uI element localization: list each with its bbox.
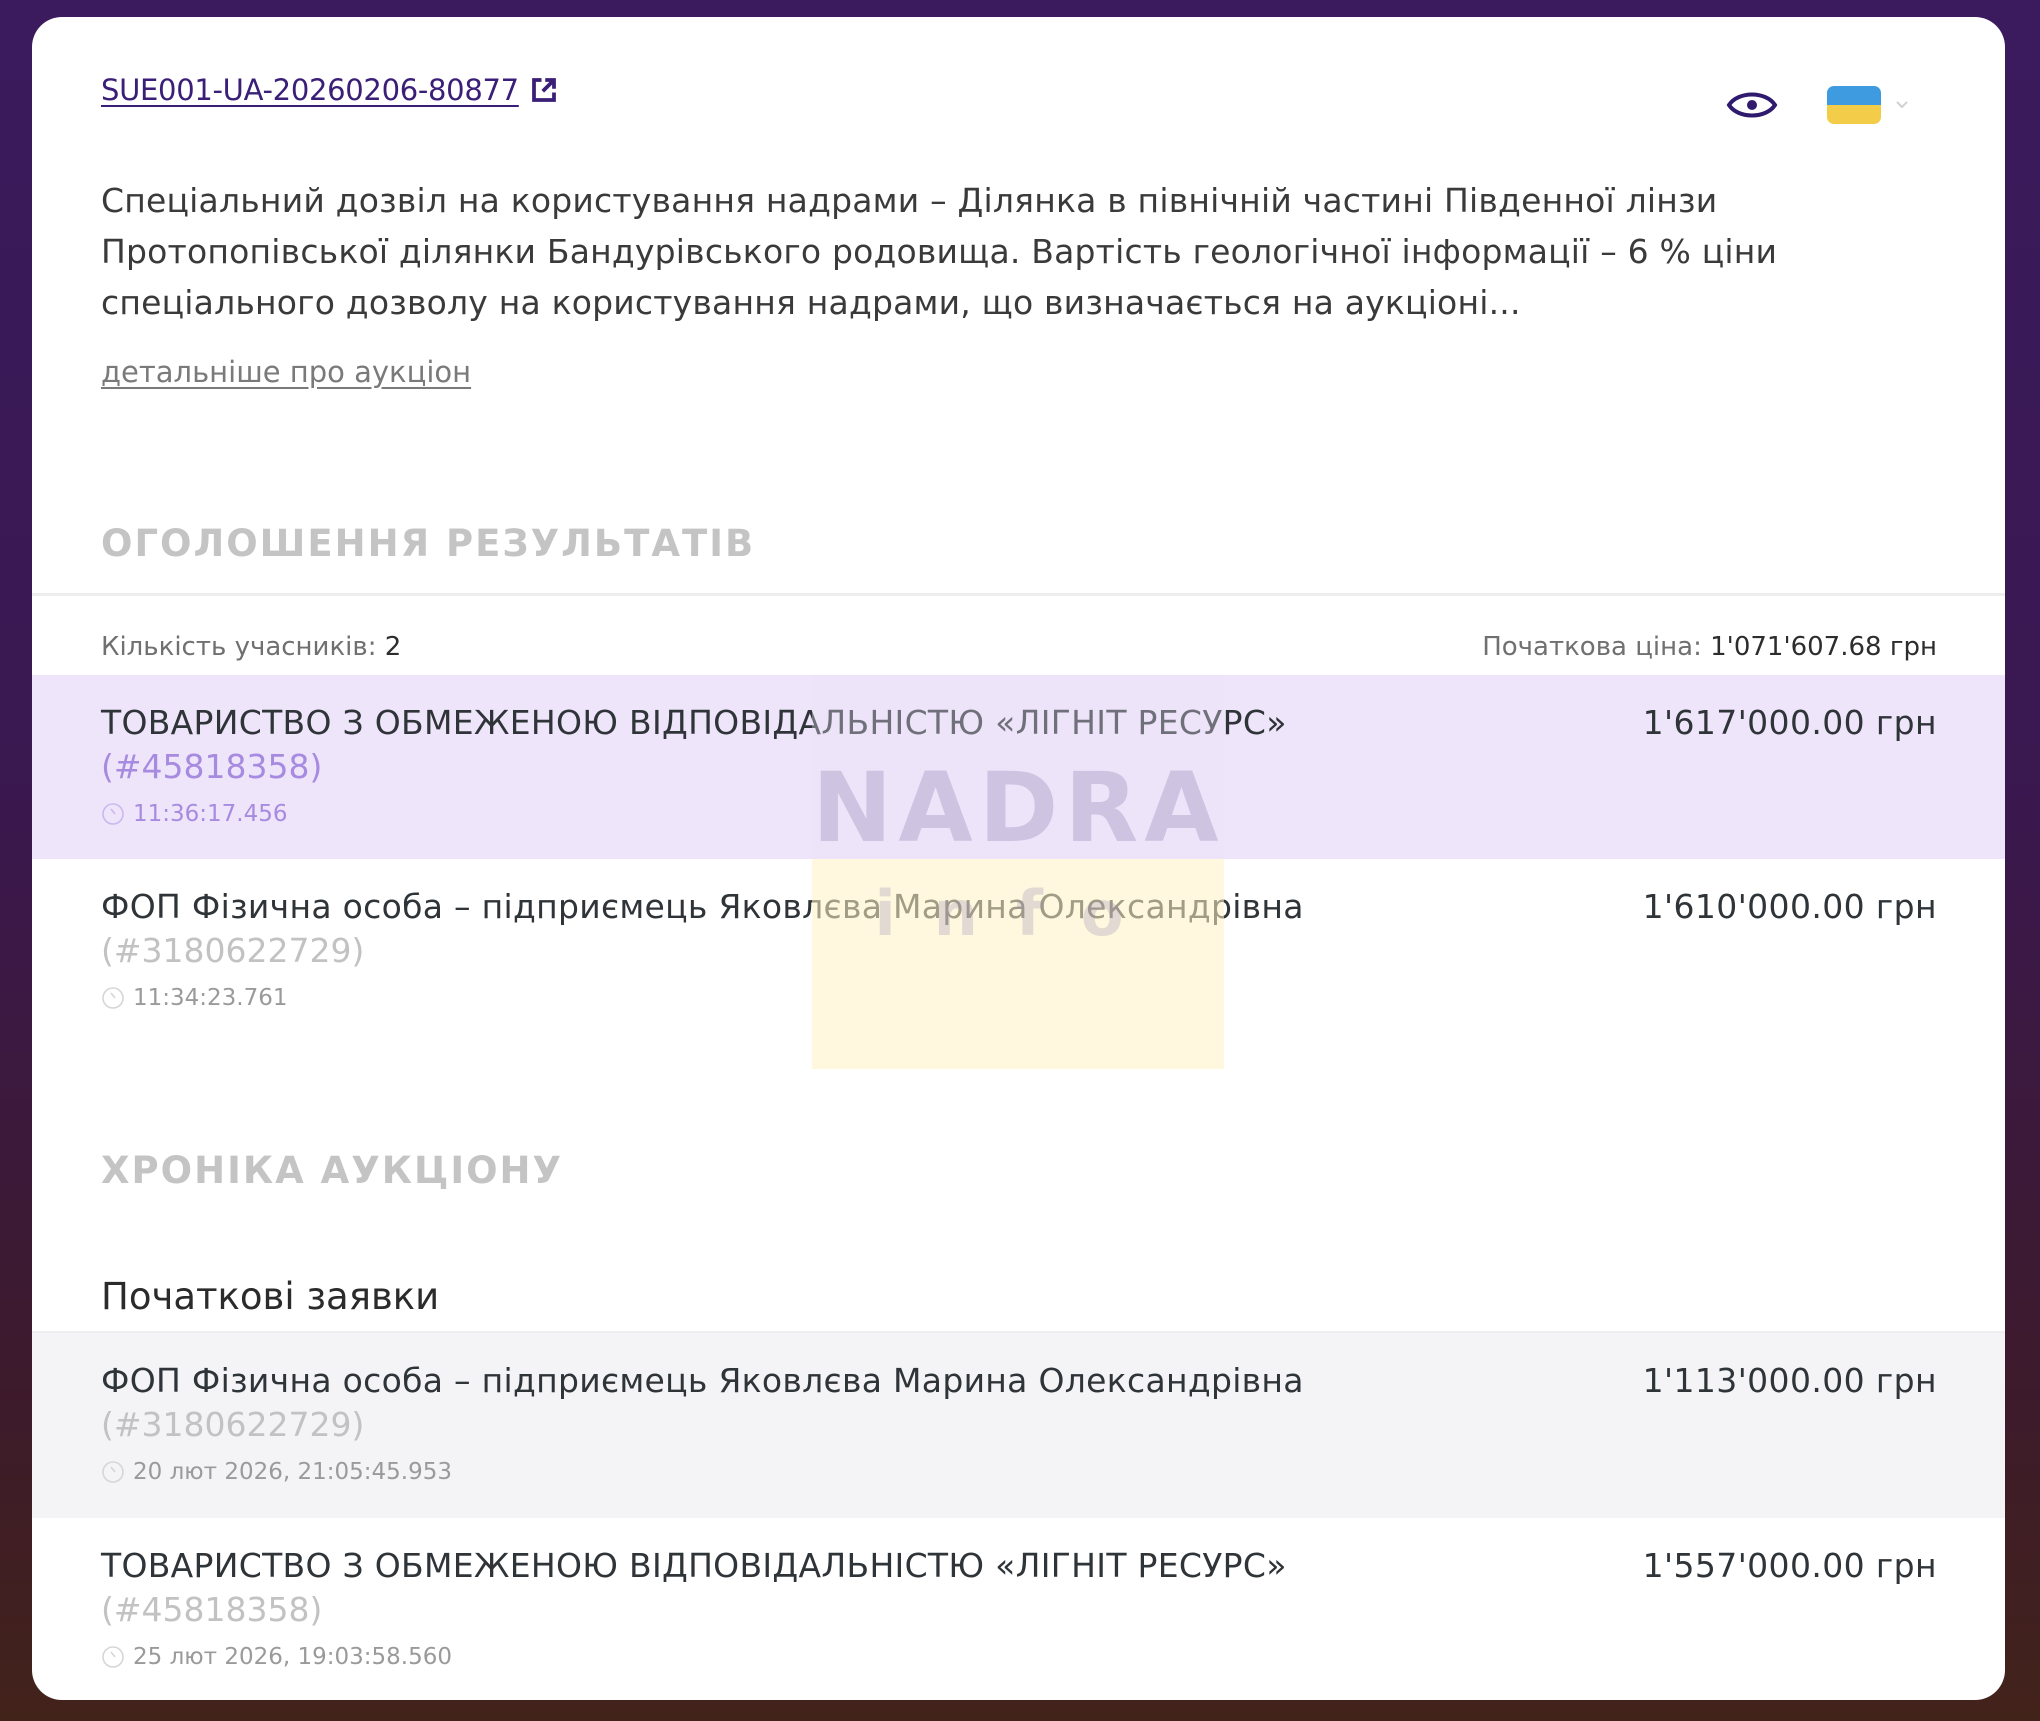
bidder-code: (#45818358) — [101, 747, 322, 786]
bidder-name: ФОП Фізична особа – підприємець Яковлєва… — [101, 1361, 1304, 1400]
clock-icon — [101, 986, 125, 1010]
language-selector[interactable] — [1827, 75, 1927, 135]
external-link-icon — [529, 75, 559, 105]
participants-count: Кількість учасників: 2 — [101, 632, 401, 662]
divider — [32, 593, 2005, 596]
chronicle-section-title: ХРОНІКА АУКЦІОНУ — [101, 1149, 563, 1192]
auction-card: SUE001-UA-20260206-80877 Спеціальний доз… — [32, 17, 2005, 1700]
bidder-name: ТОВАРИСТВО З ОБМЕЖЕНОЮ ВІДПОВІДАЛЬНІСТЮ … — [101, 1546, 1287, 1585]
chevron-down-icon — [1895, 98, 1909, 112]
chronicle-row: ФОП Фізична особа – підприємець Яковлєва… — [32, 1333, 2005, 1518]
initial-bids-heading: Початкові заявки — [101, 1275, 439, 1318]
bidder-code: (#3180622729) — [101, 1405, 364, 1444]
bid-time: 11:36:17.456 — [101, 801, 288, 827]
bidder-code: (#3180622729) — [101, 931, 364, 970]
watermark-logo-subtext: info — [812, 877, 1224, 950]
bidder-code: (#45818358) — [101, 1590, 322, 1629]
bid-amount: 1'610'000.00 грн — [1643, 887, 1937, 926]
eye-icon — [1726, 88, 1778, 122]
start-price: Початкова ціна: 1'071'607.68 грн — [1482, 632, 1937, 662]
view-toggle-button[interactable] — [1722, 75, 1782, 135]
bid-amount: 1'113'000.00 грн — [1643, 1361, 1937, 1400]
auction-id-text: SUE001-UA-20260206-80877 — [101, 73, 519, 107]
ukraine-flag-icon — [1827, 86, 1881, 124]
watermark-logo-text: NADRA — [812, 752, 1224, 864]
auction-details-link[interactable]: детальніше про аукціон — [101, 355, 471, 389]
auction-id-link[interactable]: SUE001-UA-20260206-80877 — [101, 73, 559, 107]
clock-icon — [101, 1460, 125, 1484]
bid-time: 25 лют 2026, 19:03:58.560 — [101, 1644, 452, 1670]
chronicle-row: ТОВАРИСТВО З ОБМЕЖЕНОЮ ВІДПОВІДАЛЬНІСТЮ … — [32, 1518, 2005, 1700]
auction-description: Спеціальний дозвіл на користування надра… — [101, 175, 1921, 328]
bid-time: 20 лют 2026, 21:05:45.953 — [101, 1459, 452, 1485]
bid-amount: 1'557'000.00 грн — [1643, 1546, 1937, 1585]
clock-icon — [101, 1645, 125, 1669]
bid-amount: 1'617'000.00 грн — [1643, 703, 1937, 742]
clock-icon — [101, 802, 125, 826]
bid-time: 11:34:23.761 — [101, 985, 288, 1011]
results-section-title: ОГОЛОШЕННЯ РЕЗУЛЬТАТІВ — [101, 522, 755, 565]
